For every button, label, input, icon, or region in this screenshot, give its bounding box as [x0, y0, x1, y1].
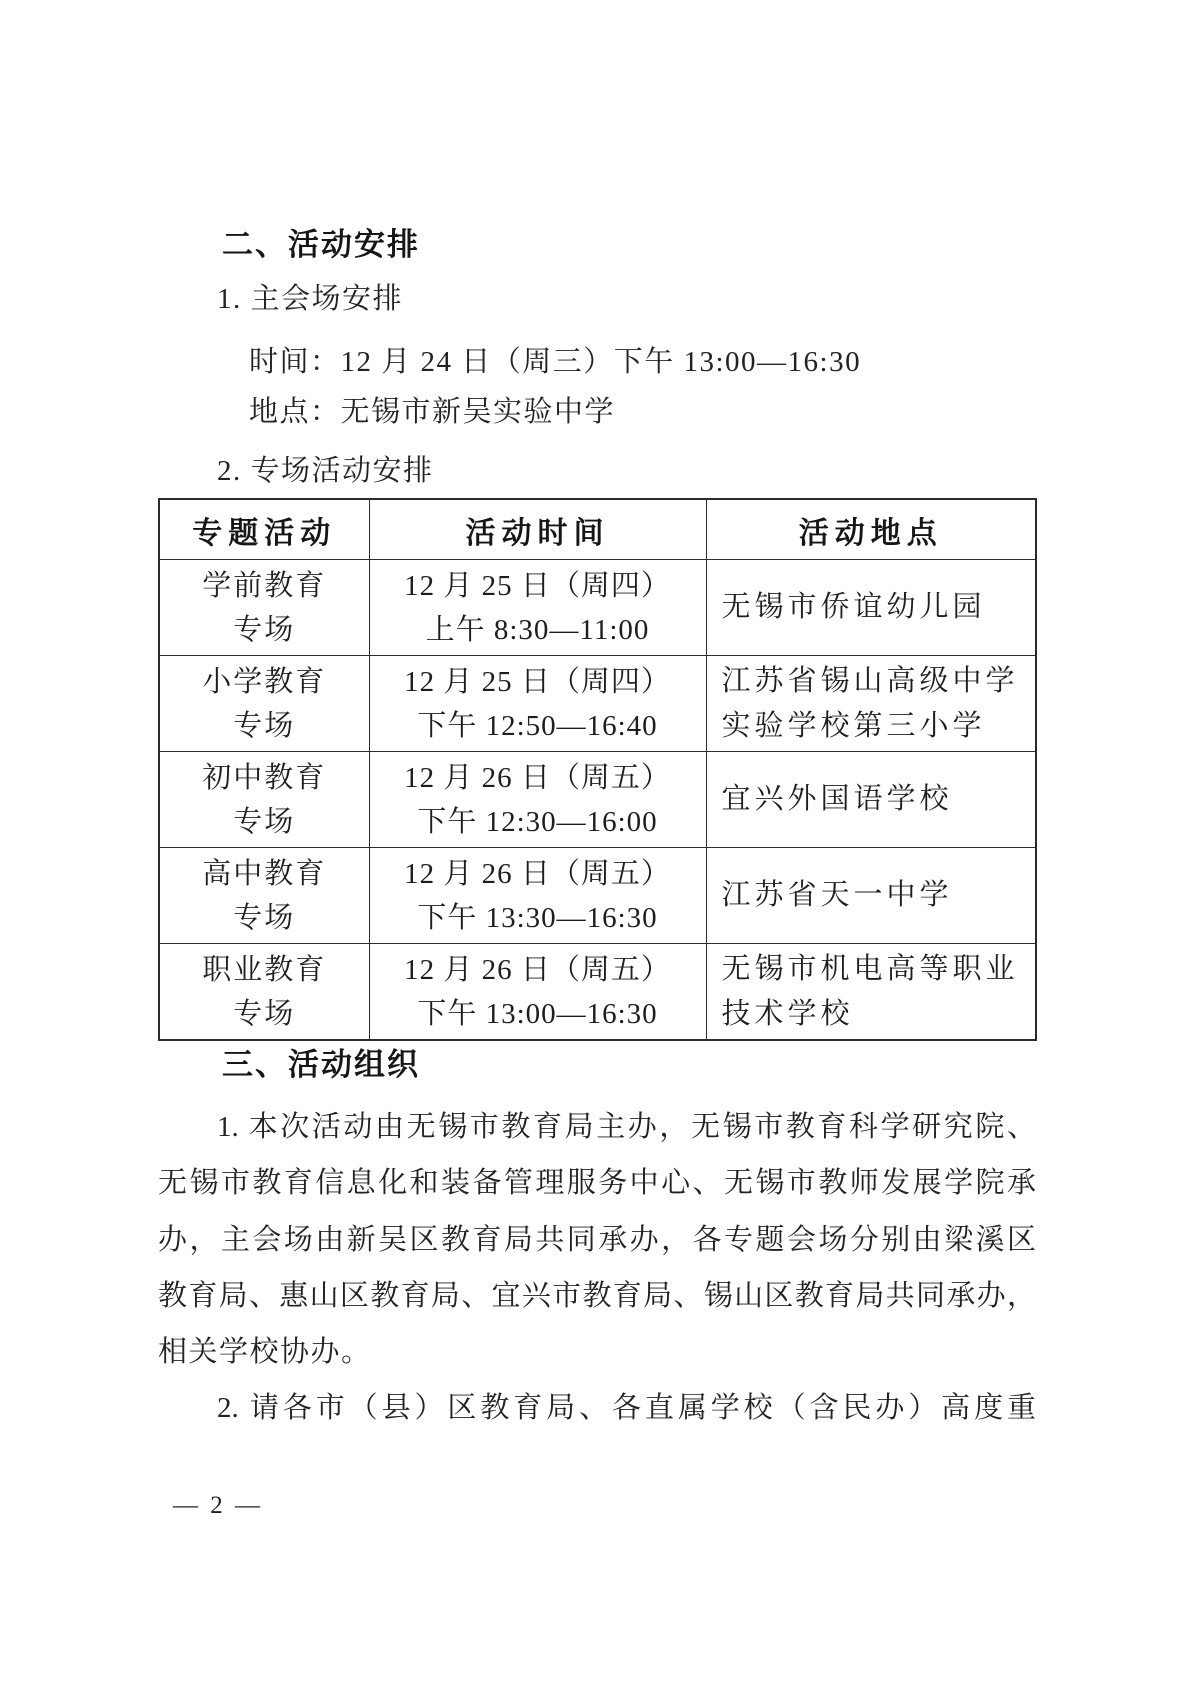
paragraph-line: 相关学校协办。 [158, 1332, 372, 1372]
location-cell: 无锡市侨谊幼儿园 [707, 560, 1036, 655]
table-row: 小学教育 专场 12 月 25 日（周四） 下午 12:50—16:40 江苏省… [159, 656, 1036, 752]
location-cell: 宜兴外国语学校 [707, 752, 1036, 847]
section-heading-activity-arrangement: 二、活动安排 [222, 227, 420, 263]
location-cell: 无锡市机电高等职业 技术学校 [707, 944, 1036, 1039]
time-cell: 12 月 25 日（周四） 下午 12:50—16:40 [370, 656, 706, 751]
list-item-special-sessions: 2. 专场活动安排 [217, 453, 434, 489]
paragraph-line: 2. 请各市（县）区教育局、各直属学校（含民办）高度重 [217, 1388, 1036, 1428]
time-cell: 12 月 26 日（周五） 下午 13:00—16:30 [370, 944, 706, 1039]
topic-cell: 学前教育 专场 [160, 560, 369, 655]
table-row: 职业教育 专场 12 月 26 日（周五） 下午 13:00—16:30 无锡市… [159, 944, 1036, 1041]
paragraph-line: 办，主会场由新吴区教育局共同承办，各专题会场分别由梁溪区 [158, 1220, 1036, 1260]
paragraph-line: 无锡市教育信息化和装备管理服务中心、无锡市教师发展学院承 [158, 1163, 1036, 1203]
topic-cell: 小学教育 专场 [160, 656, 369, 751]
page-number: — 2 — [173, 1492, 263, 1520]
document-page: 二、活动安排 1. 主会场安排 时间：12 月 24 日（周三）下午 13:00… [0, 0, 1190, 1683]
table-header-row: 专题活动 活动时间 活动地点 [159, 499, 1036, 560]
table-row: 初中教育 专场 12 月 26 日（周五） 下午 12:30—16:00 宜兴外… [159, 752, 1036, 848]
table-row: 高中教育 专场 12 月 26 日（周五） 下午 13:30—16:30 江苏省… [159, 848, 1036, 944]
main-venue-place-line: 地点：无锡市新吴实验中学 [249, 394, 615, 430]
table-row: 学前教育 专场 12 月 25 日（周四） 上午 8:30—11:00 无锡市侨… [159, 560, 1036, 656]
time-cell: 12 月 26 日（周五） 下午 12:30—16:00 [370, 752, 706, 847]
paragraph-line: 1. 本次活动由无锡市教育局主办，无锡市教育科学研究院、 [217, 1107, 1036, 1147]
section-heading-activity-organization: 三、活动组织 [222, 1047, 420, 1083]
col-header-topic: 专题活动 [159, 499, 369, 560]
col-header-time: 活动时间 [369, 499, 706, 560]
col-header-location: 活动地点 [706, 499, 1036, 560]
list-item-main-venue: 1. 主会场安排 [217, 281, 403, 317]
main-venue-time-line: 时间：12 月 24 日（周三）下午 13:00—16:30 [249, 344, 861, 380]
topic-cell: 初中教育 专场 [160, 752, 369, 847]
location-cell: 江苏省天一中学 [707, 848, 1036, 943]
time-cell: 12 月 26 日（周五） 下午 13:30—16:30 [370, 848, 706, 943]
location-cell: 江苏省锡山高级中学 实验学校第三小学 [707, 656, 1036, 751]
schedule-table: 专题活动 活动时间 活动地点 学前教育 专场 12 月 25 日（周四） 上午 … [158, 498, 1037, 1041]
time-cell: 12 月 25 日（周四） 上午 8:30—11:00 [370, 560, 706, 655]
paragraph-line: 教育局、惠山区教育局、宜兴市教育局、锡山区教育局共同承办， [158, 1276, 1036, 1316]
topic-cell: 高中教育 专场 [160, 848, 369, 943]
topic-cell: 职业教育 专场 [160, 944, 369, 1039]
